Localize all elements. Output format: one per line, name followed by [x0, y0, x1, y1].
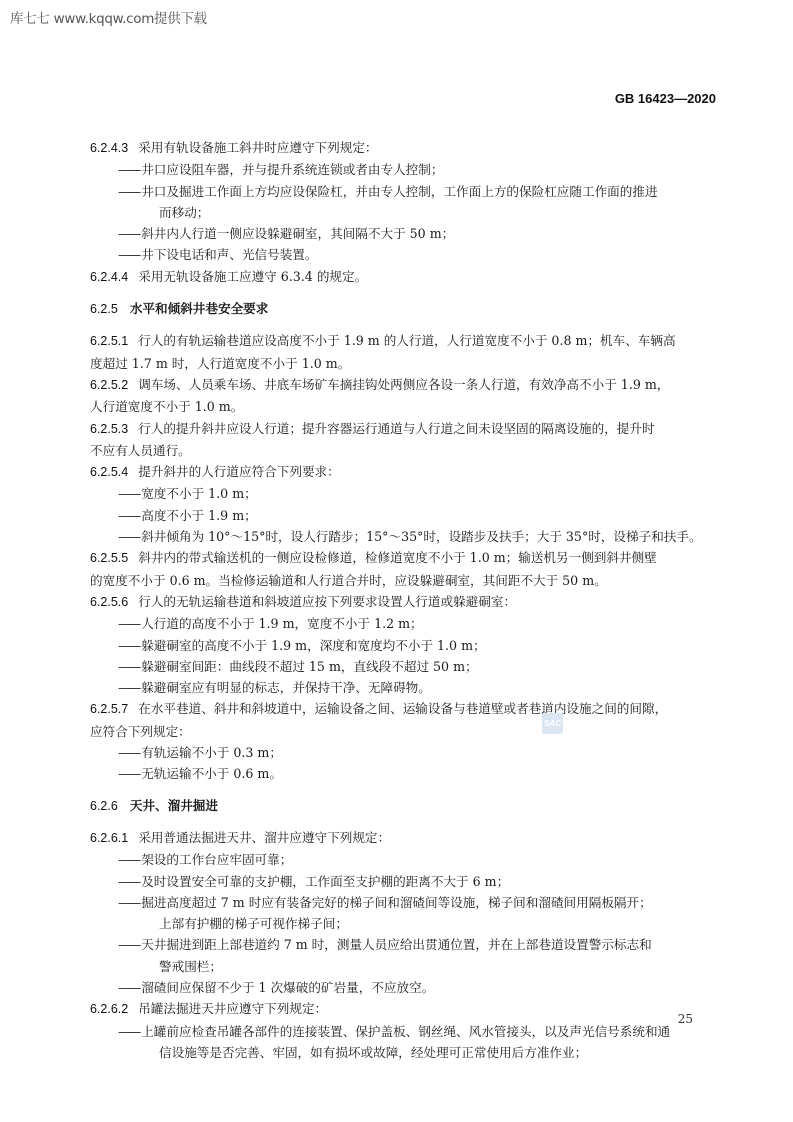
clause-number: 6.2.6.2 — [90, 1002, 128, 1016]
sac-logo-icon: SAC — [542, 713, 563, 734]
clause-text: 在水平巷道、斜井和斜坡道中，运输设备之间、运输设备与巷道壁或者巷道内设施之间的间… — [138, 701, 667, 716]
section-title: 天井、溜井掘进 — [130, 798, 218, 813]
list-item-continuation: 而移动； — [90, 202, 714, 223]
list-item: 躲避硐室的高度不小于 1.9 m，深度和宽度均不小于 1.0 m； — [90, 635, 714, 656]
list-item: 溜碴间应保留不少于 1 次爆破的矿岩量，不应放空。 — [90, 977, 714, 998]
list-item: 无轨运输不小于 0.6 m。 — [90, 763, 714, 784]
clause-text: 行人的无轨运输巷道和斜坡道应按下列要求设置人行道或躲避硐室： — [138, 594, 516, 609]
clause-text: 采用普通法掘进天井、溜井应遵守下列规定： — [138, 830, 390, 845]
clause-number: 6.2.4.3 — [90, 141, 128, 155]
clause-6-2-4-4: 6.2.4.4采用无轨设备施工应遵守 6.3.4 的规定。 — [90, 266, 714, 288]
clause-text-continuation: 应符合下列规定： — [90, 721, 714, 742]
clause-number: 6.2.5.4 — [90, 465, 128, 479]
list-item: 天井掘进到距上部巷道约 7 m 时，测量人员应给出贯通位置，并在上部巷道设置警示… — [90, 934, 714, 955]
list-item-continuation: 上部有护棚的梯子可视作梯子间； — [90, 913, 714, 934]
clause-text: 提升斜井的人行道应符合下列要求： — [138, 464, 340, 479]
clause-text: 行人的有轨运输巷道应设高度不小于 1.9 m 的人行道，人行道宽度不小于 0.8… — [138, 333, 675, 348]
list-item: 架设的工作台应牢固可靠； — [90, 849, 714, 870]
clause-number: 6.2.5.6 — [90, 595, 128, 609]
clause-text: 采用无轨设备施工应遵守 6.3.4 的规定。 — [138, 269, 367, 284]
section-heading-6-2-6: 6.2.6天井、溜井掘进 — [90, 795, 714, 817]
download-watermark: 库七七 www.kqqw.com提供下载 — [10, 7, 207, 27]
list-item: 掘进高度超过 7 m 时应有装备完好的梯子间和溜碴间等设施，梯子间和溜碴间用隔板… — [90, 892, 714, 913]
clause-number: 6.2.5.7 — [90, 702, 128, 716]
list-item: 斜井内人行道一侧应设躲避硐室，其间隔不大于 50 m； — [90, 223, 714, 244]
list-item-continuation: 警戒围栏； — [90, 956, 714, 977]
list-item: 有轨运输不小于 0.3 m； — [90, 742, 714, 763]
list-item: 斜井倾角为 10°～15°时，设人行踏步；15°～35°时，设踏步及扶手；大于 … — [90, 526, 714, 547]
clause-number: 6.2.6.1 — [90, 831, 128, 845]
list-item: 井口及掘进工作面上方均应设保险杠，并由专人控制，工作面上方的保险杠应随工作面的推… — [90, 181, 714, 202]
clause-6-2-5-7: 6.2.5.7在水平巷道、斜井和斜坡道中，运输设备之间、运输设备与巷道壁或者巷道… — [90, 698, 714, 720]
list-item: 宽度不小于 1.0 m； — [90, 483, 714, 504]
section-title: 水平和倾斜井巷安全要求 — [130, 301, 269, 316]
clause-6-2-5-5: 6.2.5.5斜井内的带式输送机的一侧应设检修道，检修道宽度不小于 1.0 m；… — [90, 547, 714, 569]
clause-text-continuation: 不应有人员通行。 — [90, 440, 714, 461]
clause-text-continuation: 的宽度不小于 0.6 m。当检修运输道和人行道合并时，应设躲避硐室，其间距不大于… — [90, 570, 714, 591]
clause-6-2-5-2: 6.2.5.2调车场、人员乘车场、井底车场矿车摘挂钩处两侧应各设一条人行道，有效… — [90, 374, 714, 396]
clause-text: 斜井内的带式输送机的一侧应设检修道，检修道宽度不小于 1.0 m；输送机另一侧到… — [138, 550, 657, 565]
clause-number: 6.2.5.5 — [90, 551, 128, 565]
list-item: 躲避硐室应有明显的标志，并保持干净、无障碍物。 — [90, 677, 714, 698]
clause-6-2-5-3: 6.2.5.3行人的提升斜井应设人行道；提升容器运行通道与人行道之间未设坚固的隔… — [90, 418, 714, 440]
clause-6-2-6-1: 6.2.6.1采用普通法掘进天井、溜井应遵守下列规定： — [90, 827, 714, 849]
clause-text-continuation: 人行道宽度不小于 1.0 m。 — [90, 396, 714, 417]
clause-6-2-5-4: 6.2.5.4提升斜井的人行道应符合下列要求： — [90, 461, 714, 483]
section-number: 6.2.5 — [90, 302, 118, 316]
page-number: 25 — [678, 1012, 693, 1026]
standard-code: GB 16423—2020 — [615, 91, 716, 106]
clause-text: 采用有轨设备施工斜井时应遵守下列规定： — [138, 140, 377, 155]
clause-6-2-6-2: 6.2.6.2吊罐法掘进天井应遵守下列规定： — [90, 998, 714, 1020]
clause-text: 调车场、人员乘车场、井底车场矿车摘挂钩处两侧应各设一条人行道，有效净高不小于 1… — [138, 377, 669, 392]
clause-text-continuation: 度超过 1.7 m 时，人行道宽度不小于 1.0 m。 — [90, 353, 714, 374]
clause-6-2-4-3: 6.2.4.3采用有轨设备施工斜井时应遵守下列规定： — [90, 137, 714, 159]
clause-6-2-5-6: 6.2.5.6行人的无轨运输巷道和斜坡道应按下列要求设置人行道或躲避硐室： — [90, 591, 714, 613]
clause-number: 6.2.4.4 — [90, 270, 128, 284]
list-item: 高度不小于 1.9 m； — [90, 505, 714, 526]
clause-text: 吊罐法掘进天井应遵守下列规定： — [138, 1001, 327, 1016]
list-item: 及时设置安全可靠的支护棚，工作面至支护棚的距离不大于 6 m； — [90, 871, 714, 892]
clause-text: 行人的提升斜井应设人行道；提升容器运行通道与人行道之间未设坚固的隔离设施的，提升… — [138, 421, 654, 436]
list-item: 井下设电话和声、光信号装置。 — [90, 244, 714, 265]
clause-number: 6.2.5.3 — [90, 422, 128, 436]
clause-number: 6.2.5.1 — [90, 334, 128, 348]
section-number: 6.2.6 — [90, 799, 118, 813]
list-item: 上罐前应检查吊罐各部件的连接装置、保护盖板、钢丝绳、风水管接头，以及声光信号系统… — [90, 1021, 714, 1042]
clause-number: 6.2.5.2 — [90, 378, 128, 392]
list-item: 躲避硐室间距：曲线段不超过 15 m，直线段不超过 50 m； — [90, 656, 714, 677]
clause-6-2-5-1: 6.2.5.1行人的有轨运输巷道应设高度不小于 1.9 m 的人行道，人行道宽度… — [90, 330, 714, 352]
list-item-continuation: 信设施等是否完善、牢固，如有损坏或故障，经处理可正常使用后方准作业； — [90, 1042, 714, 1063]
list-item: 人行道的高度不小于 1.9 m，宽度不小于 1.2 m； — [90, 613, 714, 634]
list-item: 井口应设阻车器，并与提升系统连锁或者由专人控制； — [90, 159, 714, 180]
document-body: 6.2.4.3采用有轨设备施工斜井时应遵守下列规定： 井口应设阻车器，并与提升系… — [90, 137, 714, 1063]
section-heading-6-2-5: 6.2.5水平和倾斜井巷安全要求 — [90, 298, 714, 320]
